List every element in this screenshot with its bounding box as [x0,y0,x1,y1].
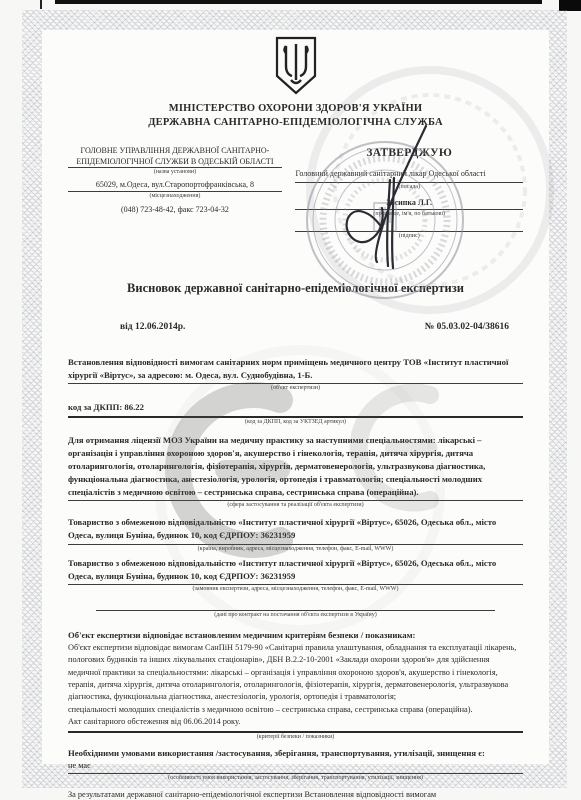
expertise-object-caption: (об'єкт експертизи) [68,384,523,393]
ministry-line1: МІНІСТЕРСТВО ОХОРОНИ ЗДОРОВ'Я УКРАЇНИ [68,102,523,116]
approval-name-caption: (прізвище, ім'я, по батькові) [295,210,523,219]
scan-artifact-tick [40,0,42,9]
signature-caption: (підпис) [295,232,523,241]
guilloche-border: МІНІСТЕРСТВО ОХОРОНИ ЗДОРОВ'Я УКРАЇНИ ДЕ… [22,10,567,788]
conditions-value: не має [68,760,523,774]
scan-artifact-top-bar [55,0,542,4]
criteria-heading: Об'єкт експертизи відповідає встановлени… [68,629,523,642]
ministry-line2: ДЕРЖАВНА САНІТАРНО-ЕПІДЕМІОЛОГІЧНА СЛУЖБ… [68,116,523,130]
manufacturer-text: Товариство з обмеженою відповідальністю … [68,516,523,544]
issuer-address: 65029, м.Одеса, вул.Старопортофранківськ… [68,180,282,191]
issuer-name: ГОЛОВНЕ УПРАВЛІННЯ ДЕРЖАВНОЇ САНІТАРНО-Е… [68,146,282,168]
criteria-act: Акт санітарного обстеження від 06.06.201… [68,716,523,732]
conditions-caption: (особливості умов використання, застосув… [68,774,523,783]
customer-text: Товариство з обмеженою відповідальністю … [68,557,523,585]
dkpp-code: код за ДКПП: 86.22 [68,401,523,418]
ukraine-trident-icon [273,36,319,96]
criteria-caption: (критерії безпеки / показники) [68,733,523,742]
issuer-address-caption: (місцезнаходження) [68,192,282,201]
scope-text: Для отримання ліцензії МОЗ України на ме… [68,434,523,501]
criteria-body2: спеціальності молодших спеціалістів з ме… [68,704,523,716]
approval-block: ЗАТВЕРДЖУЮ Головний державний санітарний… [295,146,523,241]
certificate-body: МІНІСТЕРСТВО ОХОРОНИ ЗДОРОВ'Я УКРАЇНИ ДЕ… [42,30,549,764]
approval-title: ЗАТВЕРДЖУЮ [295,146,523,161]
approval-position-caption: (посада) [295,183,523,192]
signature-line [295,219,523,232]
manufacturer-caption: (країна, виробник, адреса, місцезнаходже… [68,545,523,554]
criteria-body: Об'єкт експертизи відповідає вимогам Сан… [68,642,523,704]
scope-caption: (сфера застосування та реалізації об'єкт… [68,501,523,510]
document-date: від 12.06.2014р. [120,322,185,332]
document-title: Висновок державної санітарно-епідеміолог… [68,281,523,296]
issuer-name-caption: (назва установи) [68,168,282,177]
dkpp-caption: (код за ДКПП, код за УКТЗЕД артикул) [68,418,523,427]
issuer-phone: (048) 723-48-42, факс 723-04-32 [68,205,282,215]
ministry-header: МІНІСТЕРСТВО ОХОРОНИ ЗДОРОВ'Я УКРАЇНИ ДЕ… [68,102,523,130]
footer-text: За результатами державної санітарно-епід… [68,789,523,800]
contract-caption: (дані про контракт на постачання об'єкта… [68,611,523,620]
contract-line [96,594,495,611]
document-number: № 05.03.02-04/38616 [425,322,509,332]
approval-position: Головний державний санітарний лікар Одес… [295,169,523,182]
approval-name: Засипка Л.Г. [295,198,523,210]
scanned-certificate-page: МІНІСТЕРСТВО ОХОРОНИ ЗДОРОВ'Я УКРАЇНИ ДЕ… [0,0,581,800]
conditions-heading: Необхідними умовами використання /застос… [68,747,523,760]
expertise-object-text: Встановлення відповідності вимогам саніт… [68,356,523,384]
customer-caption: (замовник експертизи, адреса, місцезнахо… [68,585,523,594]
issuer-block: ГОЛОВНЕ УПРАВЛІННЯ ДЕРЖАВНОЇ САНІТАРНО-Е… [68,146,282,241]
